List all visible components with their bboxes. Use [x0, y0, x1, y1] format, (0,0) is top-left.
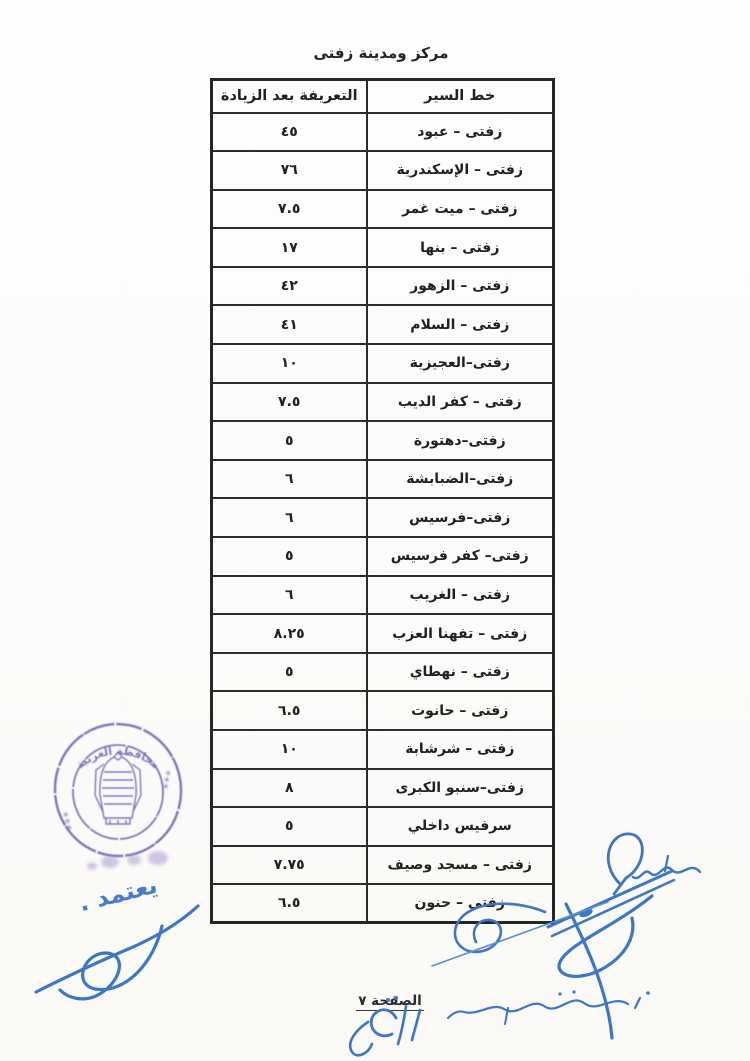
table-row: زفتى – بنها١٧ [212, 228, 554, 267]
table-row: زفتى – مسجد وصيف٧.٧٥ [212, 846, 554, 885]
route-cell: زفتى – شرشابة [367, 730, 554, 769]
route-cell: زفتى – ميت غمر [367, 190, 554, 229]
table-row: زفتى – كفر الديب٧.٥ [212, 383, 554, 422]
page-number-label: الصفحة ٧ [356, 993, 424, 1011]
svg-text:✳✳✳: ✳✳✳ [161, 769, 173, 791]
tariff-cell: ٨.٢٥ [212, 614, 367, 653]
tariff-cell: ٧.٥ [212, 190, 367, 229]
table-row: زفتى – السلام٤١ [212, 305, 554, 344]
tariff-cell: ٧٦ [212, 151, 367, 190]
table-row: زفتى – ميت غمر٧.٥ [212, 190, 554, 229]
table-row: زفتى – عبود٤٥ [212, 113, 554, 152]
route-cell: زفتى–فرسيس [367, 498, 554, 537]
table-row: زفتى– كفر فرسيس٥ [212, 537, 554, 576]
route-cell: زفتى – عبود [367, 113, 554, 152]
route-cell: زفتى – السلام [367, 305, 554, 344]
table-row: زفتى–العجيزية١٠ [212, 344, 554, 383]
table-row: زفتى – الزهور٤٢ [212, 267, 554, 306]
signature-left [36, 906, 198, 999]
tariff-cell: ٥ [212, 653, 367, 692]
route-cell: زفتى – مسجد وصيف [367, 846, 554, 885]
tariff-cell: ٦ [212, 460, 367, 499]
table-body: زفتى – عبود٤٥زفتى – الإسكندرية٧٦زفتى – م… [212, 113, 554, 923]
approval-note: يعتمد . [56, 866, 179, 922]
table-row: زفتى – حنون٦.٥ [212, 884, 554, 923]
tariff-cell: ١٠ [212, 344, 367, 383]
tariff-cell: ٤١ [212, 305, 367, 344]
table-row: سرفيس داخلي٥ [212, 807, 554, 846]
tariff-cell: ٧.٥ [212, 383, 367, 422]
scanned-page: مركز ومدينة زفتى خط السير التعريفة بعد ا… [0, 0, 750, 1061]
route-cell: زفتى–سنبو الكبرى [367, 769, 554, 808]
svg-text:✳✳✳: ✳✳✳ [60, 810, 74, 832]
route-cell: زفتى–دهتورة [367, 421, 554, 460]
tariff-cell: ٦ [212, 498, 367, 537]
route-cell: زفتى – الغريب [367, 576, 554, 615]
route-cell: زفتى – الإسكندرية [367, 151, 554, 190]
route-cell: زفتى – بنها [367, 228, 554, 267]
tariff-cell: ٦ [212, 576, 367, 615]
table-row: زفتى – الإسكندرية٧٦ [212, 151, 554, 190]
route-cell: زفتى– كفر فرسيس [367, 537, 554, 576]
table-row: زفتى – شرشابة١٠ [212, 730, 554, 769]
table-row: زفتى–دهتورة٥ [212, 421, 554, 460]
route-cell: زفتى – الزهور [367, 267, 554, 306]
tariff-cell: ٤٢ [212, 267, 367, 306]
page-title: مركز ومدينة زفتى [210, 44, 552, 62]
tariff-cell: ٦.٥ [212, 884, 367, 923]
table-row: زفتى – الغريب٦ [212, 576, 554, 615]
route-cell: زفتى – كفر الديب [367, 383, 554, 422]
route-cell: زفتى–العجيزية [367, 344, 554, 383]
table-row: زفتى – تفهنا العزب٨.٢٥ [212, 614, 554, 653]
tariff-cell: ١٧ [212, 228, 367, 267]
route-header-cell: خط السير [367, 80, 554, 113]
table-row: زفتى – نهطاي٥ [212, 653, 554, 692]
table-row: زفتى–فرسيس٦ [212, 498, 554, 537]
route-cell: زفتى – تفهنا العزب [367, 614, 554, 653]
route-cell: زفتى – حانوت [367, 691, 554, 730]
route-cell: زفتى – حنون [367, 884, 554, 923]
route-cell: زفتى–الضبابشة [367, 460, 554, 499]
route-cell: زفتى – نهطاي [367, 653, 554, 692]
tariff-cell: ٨ [212, 769, 367, 808]
stamp-arc-text: محافظة الغربية [74, 744, 163, 771]
tariff-cell: ٥ [212, 421, 367, 460]
stamp-smudge [87, 851, 168, 870]
page-number: الصفحة ٧ [330, 993, 450, 1009]
header-row: خط السير التعريفة بعد الزيادة [212, 80, 554, 113]
eagle-emblem-icon [95, 752, 141, 824]
tariff-cell: ٤٥ [212, 113, 367, 152]
table-row: زفتى – حانوت٦.٥ [212, 691, 554, 730]
tariff-header-cell: التعريفة بعد الزيادة [212, 80, 367, 113]
tariff-cell: ٦.٥ [212, 691, 367, 730]
tariff-cell: ٥ [212, 537, 367, 576]
tariff-cell: ٥ [212, 807, 367, 846]
tariff-cell: ٧.٧٥ [212, 846, 367, 885]
route-cell: سرفيس داخلي [367, 807, 554, 846]
tariff-table: خط السير التعريفة بعد الزيادة زفتى – عبو… [210, 78, 555, 924]
table-row: زفتى–الضبابشة٦ [212, 460, 554, 499]
tariff-cell: ١٠ [212, 730, 367, 769]
stamp-ornaments-icon: ✳✳✳ ✳✳✳ [60, 769, 173, 833]
governorate-stamp: محافظة الغربية ✳✳✳ ✳✳✳ [48, 718, 187, 870]
table-row: زفتى–سنبو الكبرى٨ [212, 769, 554, 808]
